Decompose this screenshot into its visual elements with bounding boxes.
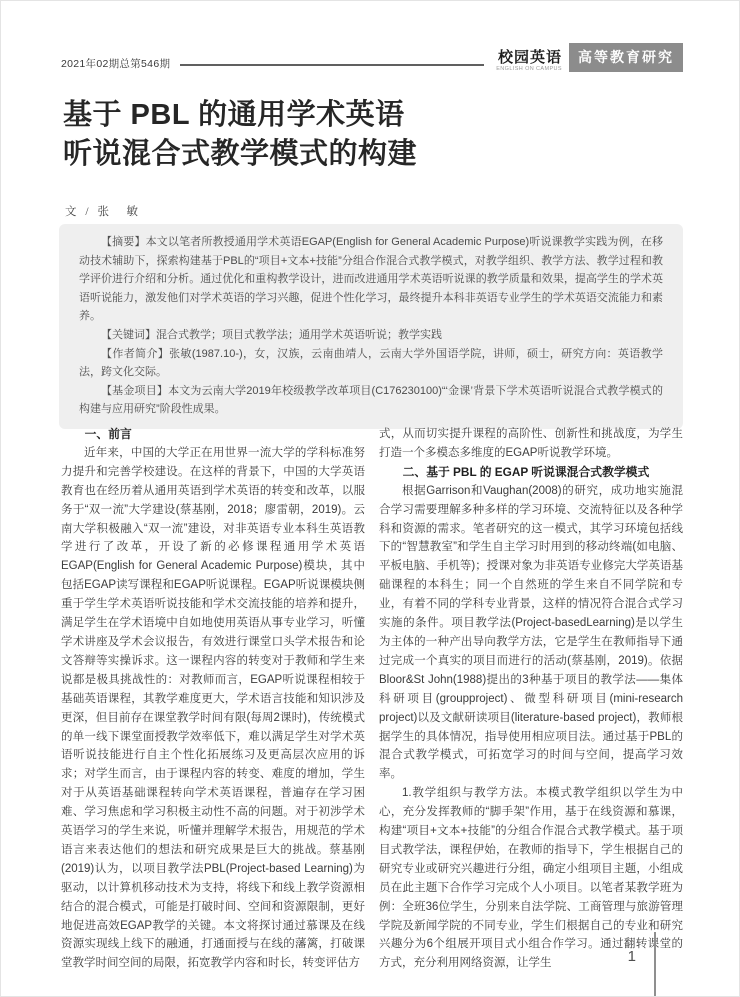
article-title-line1: 基于 PBL 的通用学术英语 — [63, 96, 623, 135]
body-paragraph: 根据Garrison和Vaughan(2008)的研究，成功地实施混合学习需要理… — [379, 482, 683, 785]
section-badge: 高等教育研究 — [569, 43, 683, 72]
author-bio-paragraph: 【作者简介】张敏(1987.10-)，女，汉族，云南曲靖人，云南大学外国语学院，… — [79, 345, 663, 382]
journal-name: 校园英语 — [496, 50, 562, 65]
article-body: 一、前言 近年来，中国的大学正在用世界一流大学的学科标准努力提升和完善学校建设。… — [61, 425, 683, 973]
body-column-left: 一、前言 近年来，中国的大学正在用世界一流大学的学科标准努力提升和完善学校建设。… — [61, 425, 365, 973]
page-header: 2021年02期总第546期 校园英语 ENGLISH ON CAMPUS 高等… — [61, 43, 683, 72]
body-paragraph-continuation: 式，从而切实提升课程的高阶性、创新性和挑战度，为学生打造一个多模态多维度的EGA… — [379, 425, 683, 463]
article-title-line2: 听说混合式教学模式的构建 — [63, 135, 623, 174]
body-paragraph: 近年来，中国的大学正在用世界一流大学的学科标准努力提升和完善学校建设。在这样的背… — [61, 444, 365, 973]
journal-logo: 校园英语 ENGLISH ON CAMPUS — [496, 50, 562, 73]
fund-project-paragraph: 【基金项目】本文为云南大学2019年校级教学改革项目(C176230100)“‘… — [79, 382, 663, 419]
footer-divider — [654, 932, 656, 996]
journal-page: 2021年02期总第546期 校园英语 ENGLISH ON CAMPUS 高等… — [0, 0, 740, 997]
body-paragraph: 1.教学组织与教学方法。本模式教学组织以学生为中心，充分发挥教师的“脚手架”作用… — [379, 784, 683, 973]
body-column-right: 式，从而切实提升课程的高阶性、创新性和挑战度，为学生打造一个多模态多维度的EGA… — [379, 425, 683, 973]
article-byline: 文 / 张 敏 — [65, 203, 141, 219]
journal-subtitle: ENGLISH ON CAMPUS — [496, 67, 562, 73]
article-title: 基于 PBL 的通用学术英语 听说混合式教学模式的构建 — [63, 96, 623, 174]
page-number: 1 — [628, 948, 636, 965]
section-heading-1: 一、前言 — [61, 425, 365, 444]
issue-info: 2021年02期总第546期 — [61, 56, 170, 72]
keywords-paragraph: 【关键词】混合式教学；项目式教学法；通用学术英语听说；教学实践 — [79, 326, 663, 345]
section-heading-2: 二、基于 PBL 的 EGAP 听说课混合式教学模式 — [379, 463, 683, 482]
header-divider — [180, 64, 484, 66]
abstract-box: 【摘要】本文以笔者所教授通用学术英语EGAP(English for Gener… — [59, 224, 683, 429]
abstract-paragraph: 【摘要】本文以笔者所教授通用学术英语EGAP(English for Gener… — [79, 233, 663, 326]
